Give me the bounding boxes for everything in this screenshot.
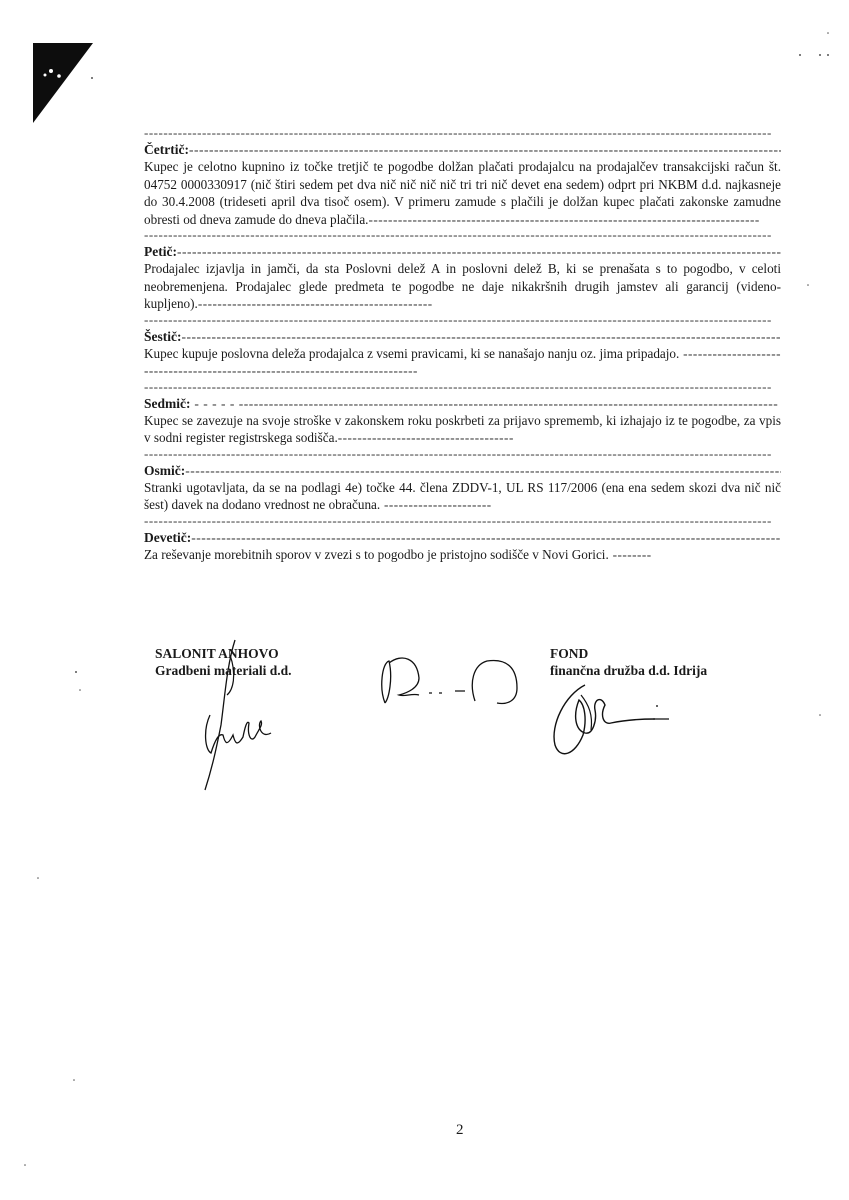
- section-devetic: Devetič:--------------------------------…: [144, 529, 781, 564]
- section-heading: Devetič:: [144, 530, 191, 545]
- section-text: Kupec se zavezuje na svoje stroške v zak…: [144, 412, 781, 447]
- separator-rule: ----------------------------------------…: [144, 315, 781, 324]
- seller-signature-icon: [175, 635, 285, 795]
- section-sedmic: Sedmič: - - - - - ----------------------…: [144, 395, 781, 458]
- section-heading: Četrtič:: [144, 142, 189, 157]
- signature-block: SALONIT ANHOVO Gradbeni materiali d.d. F…: [155, 645, 795, 805]
- section-text: Kupec kupuje poslovna deleža prodajalca …: [144, 345, 781, 380]
- section-heading: Osmič:: [144, 463, 185, 478]
- section-heading: Sedmič:: [144, 396, 191, 411]
- middle-signature-icon: [377, 653, 537, 713]
- section-petic: Petič:----------------------------------…: [144, 243, 781, 324]
- section-heading: Šestič:: [144, 329, 182, 344]
- section-text: Za reševanje morebitnih sporov v zvezi s…: [144, 546, 781, 564]
- top-rule: ----------------------------------------…: [144, 128, 781, 137]
- separator-rule: ----------------------------------------…: [144, 230, 781, 239]
- buyer-signature-icon: [545, 675, 695, 765]
- section-text: Stranki ugotavljata, da se na podlagi 4e…: [144, 479, 781, 514]
- section-heading: Petič:: [144, 244, 177, 259]
- buyer-party: FOND finančna družba d.d. Idrija: [550, 645, 707, 679]
- heading-dashes: - - - - - ------------------------------…: [191, 396, 779, 411]
- heading-dashes: ----------------------------------------…: [191, 530, 781, 545]
- heading-dashes: ----------------------------------------…: [185, 463, 781, 478]
- section-osmic: Osmič:----------------------------------…: [144, 462, 781, 525]
- contract-page: ----------------------------------------…: [144, 128, 781, 563]
- separator-rule: ----------------------------------------…: [144, 516, 781, 525]
- section-sestic: Šestič:---------------------------------…: [144, 328, 781, 391]
- section-text: Prodajalec izjavlja in jamči, da sta Pos…: [144, 260, 781, 313]
- separator-rule: ----------------------------------------…: [144, 449, 781, 458]
- heading-dashes: ----------------------------------------…: [177, 244, 781, 259]
- section-cetrtic: Četrtič:--------------------------------…: [144, 141, 781, 239]
- scan-triangle-icon: [33, 43, 95, 123]
- separator-rule: ----------------------------------------…: [144, 382, 781, 391]
- page-number: 2: [456, 1122, 464, 1139]
- buyer-name: FOND: [550, 645, 707, 662]
- heading-dashes: ----------------------------------------…: [182, 329, 782, 344]
- section-text: Kupec je celotno kupnino iz točke tretji…: [144, 158, 781, 228]
- heading-dashes: ----------------------------------------…: [189, 142, 781, 157]
